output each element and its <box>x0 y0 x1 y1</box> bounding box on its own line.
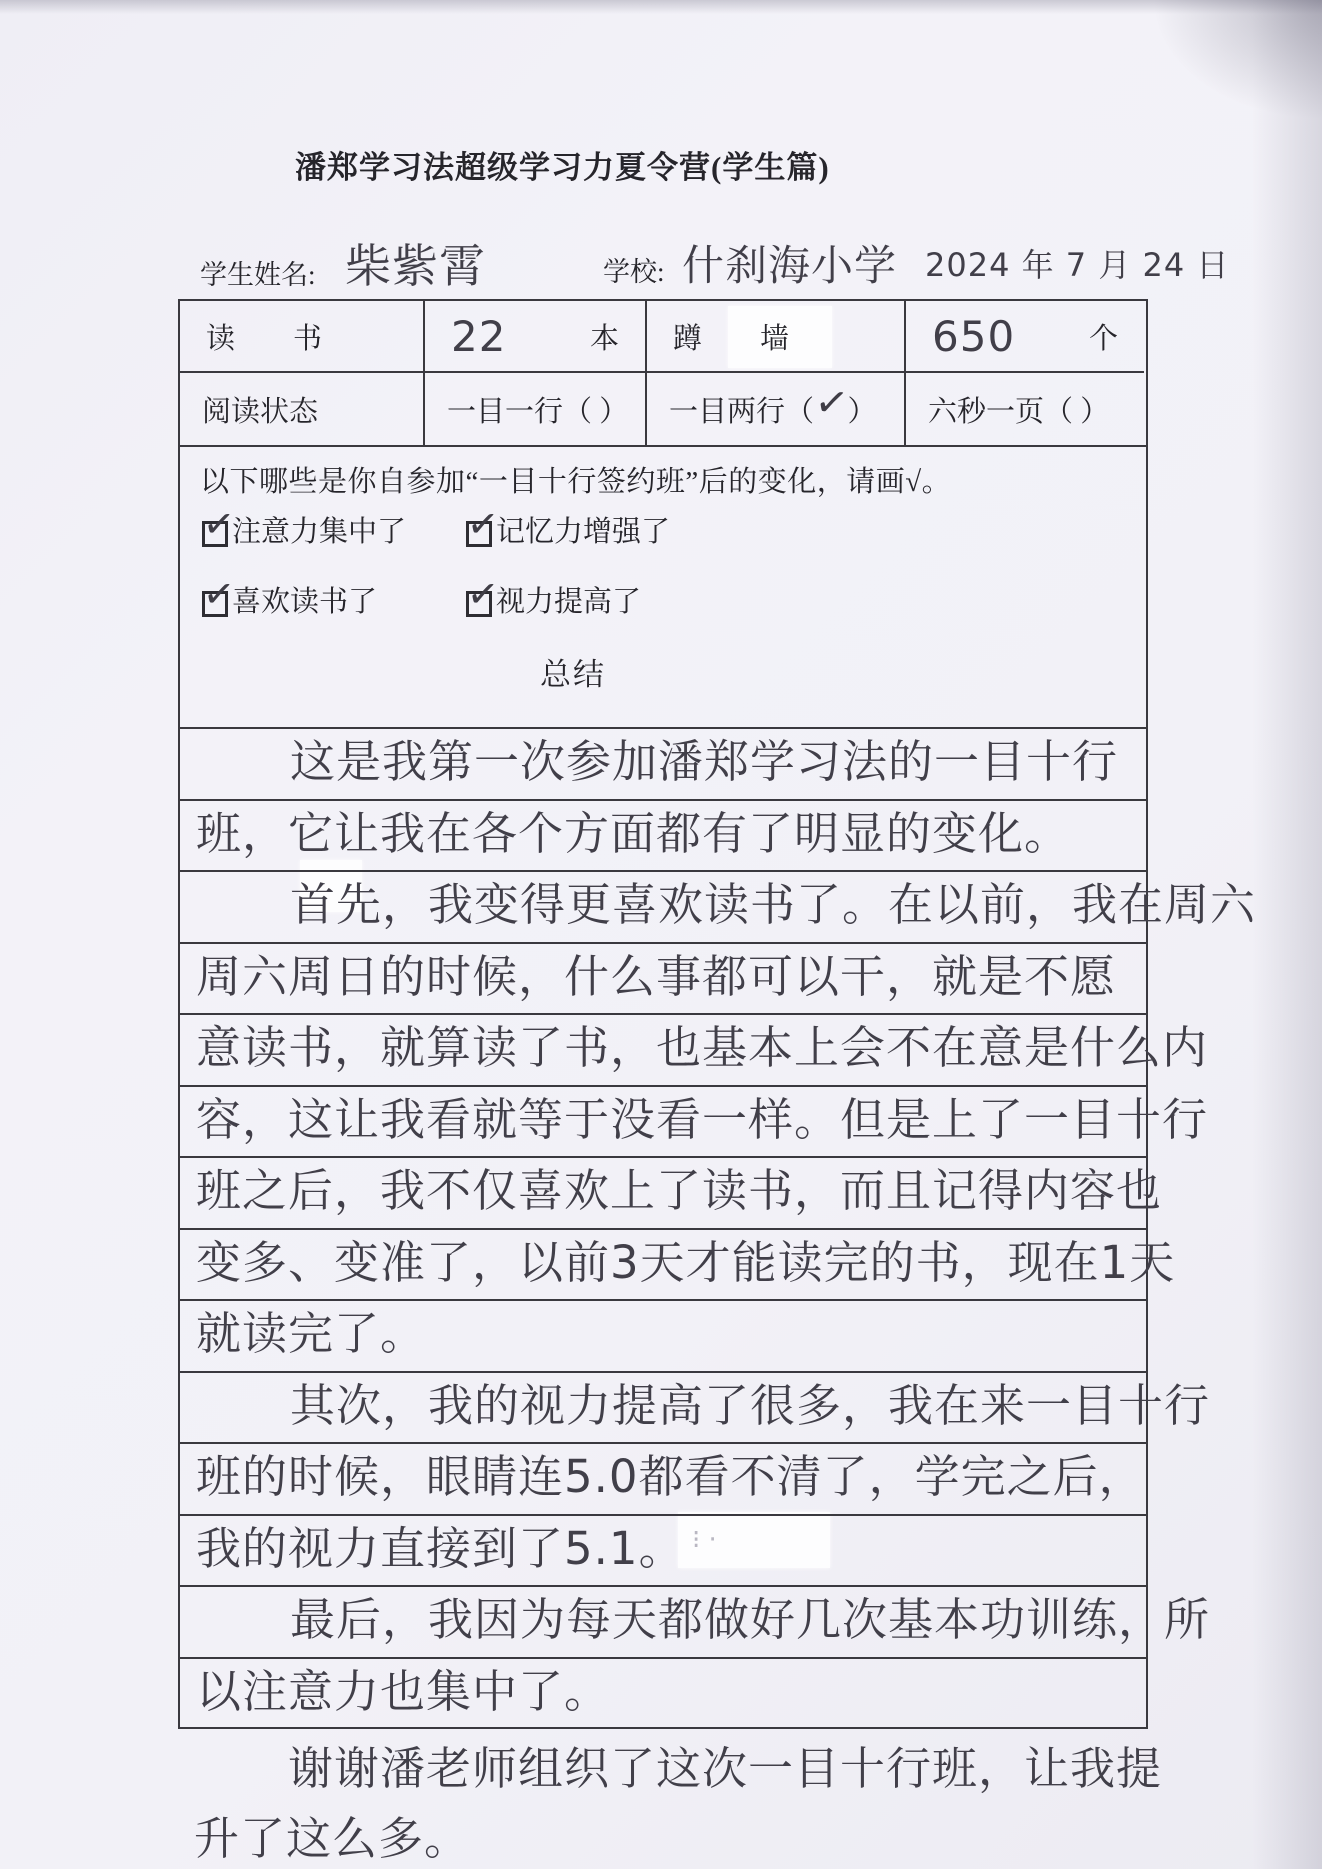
reading-state-opt2-close: ） <box>848 389 877 430</box>
essay-line: 周六周日的时候，什么事都可以干，就是不愿 <box>180 944 1146 1016</box>
wall-squat-unit: 个 <box>1089 316 1118 357</box>
closing-line: 升了这么多。 <box>178 1806 1238 1869</box>
checkbox-attention[interactable]: ✓ <box>202 521 228 547</box>
reading-count-label-cell: 读 书 <box>180 301 425 373</box>
reading-state-opt2: 一目两行（ <box>647 389 814 430</box>
essay-line: 首先，我变得更喜欢读书了。在以前，我在周六 <box>180 872 1146 944</box>
wall-squat-value-cell: 650 个 <box>906 301 1144 373</box>
reading-count-value-cell: 22 本 <box>425 301 647 373</box>
date-value: 2024 年 7 月 24 日 <box>925 240 1229 286</box>
essay-line: 以注意力也集中了。 <box>180 1659 1146 1731</box>
essay-line: 这是我第一次参加潘郑学习法的一目十行 <box>180 729 1146 801</box>
check-mark: ✓ <box>812 378 852 428</box>
checkbox-vision[interactable]: ✓ <box>466 591 492 617</box>
checkbox-item-love-reading: ✓ 喜欢读书了 <box>202 579 466 620</box>
checkbox-row: ✓ 注意力集中了 ✓ 记忆力增强了 <box>202 509 730 550</box>
essay-line: 班，它让我在各个方面都有了明显的变化。 <box>180 801 1146 873</box>
school-value: 什刹海小学 <box>682 233 897 293</box>
reading-count-unit: 本 <box>590 316 619 357</box>
checkbox-row: ✓ 喜欢读书了 ✓ 视力提高了 <box>202 579 730 620</box>
scan-shadow-corner <box>1152 0 1322 120</box>
school-label: 学校: <box>603 250 665 289</box>
reading-state-opt3: 六秒一页（ ） <box>906 389 1109 430</box>
checkbox-label: 注意力集中了 <box>232 509 406 550</box>
scan-shadow-top <box>0 0 1322 14</box>
student-name-value: 柴紫霄 <box>345 230 486 296</box>
reading-state-opt1-cell: 一目一行（ ） <box>425 373 647 445</box>
wall-squat-label-cell: 蹲 墙 <box>647 301 906 373</box>
scan-shadow-right <box>1252 0 1322 1869</box>
check-mark: ✓ <box>201 500 237 547</box>
essay-line: 容，这让我看就等于没看一样。但是上了一目十行 <box>180 1087 1146 1159</box>
checkbox-memory[interactable]: ✓ <box>466 521 492 547</box>
wall-squat-value: 650 <box>932 312 1015 361</box>
checkbox-item-attention: ✓ 注意力集中了 <box>202 509 466 550</box>
reading-state-label: 阅读状态 <box>180 389 318 430</box>
form-sheet: 读 书 22 本 蹲 墙 650 个 阅读状态 一目一 <box>178 299 1148 1729</box>
checkbox-item-memory: ✓ 记忆力增强了 <box>466 509 730 550</box>
checkbox-item-vision: ✓ 视力提高了 <box>466 579 730 620</box>
page-title: 潘郑学习法超级学习力夏令营(学生篇) <box>295 142 830 187</box>
check-mark: ✓ <box>465 570 501 617</box>
survey-section: 以下哪些是你自参加“一目十行签约班”后的变化，请画√。 ✓ 注意力集中了 ✓ 记… <box>180 447 1146 727</box>
essay-line: 班的时候，眼睛连5.0都看不清了，学完之后， <box>180 1444 1146 1516</box>
essay-line: 就读完了。 <box>180 1301 1146 1373</box>
essay-line: 班之后，我不仅喜欢上了读书，而且记得内容也 <box>180 1158 1146 1230</box>
reading-count-label: 读 书 <box>206 316 322 357</box>
essay-line: 其次，我的视力提高了很多，我在来一目十行 <box>180 1373 1146 1445</box>
scanned-paper: ⁝ · 潘郑学习法超级学习力夏令营(学生篇) 学生姓名: 柴紫霄 学校: 什刹海… <box>0 0 1322 1869</box>
score-table: 读 书 22 本 蹲 墙 650 个 阅读状态 一目一 <box>180 301 1146 447</box>
checkbox-label: 视力提高了 <box>496 579 641 620</box>
reading-state-opt1: 一目一行（ ） <box>425 389 628 430</box>
essay-section: 这是我第一次参加潘郑学习法的一目十行 班，它让我在各个方面都有了明显的变化。 首… <box>180 727 1146 1730</box>
check-mark: ✓ <box>465 500 501 547</box>
closing-line: 谢谢潘老师组织了这次一目十行班，让我提 <box>178 1736 1238 1806</box>
essay-line: 最后，我因为每天都做好几次基本功训练，所 <box>180 1587 1146 1659</box>
reading-count-value: 22 <box>451 312 506 361</box>
essay-line: 意读书，就算读了书，也基本上会不在意是什么内 <box>180 1015 1146 1087</box>
checkbox-love-reading[interactable]: ✓ <box>202 591 228 617</box>
checkbox-label: 记忆力增强了 <box>496 509 670 550</box>
closing-section: 谢谢潘老师组织了这次一目十行班，让我提 升了这么多。 <box>178 1736 1238 1869</box>
checkbox-label: 喜欢读书了 <box>232 579 377 620</box>
check-mark: ✓ <box>201 570 237 617</box>
reading-state-opt2-cell: 一目两行（✓） <box>647 373 906 445</box>
student-name-label: 学生姓名: <box>200 253 316 292</box>
essay-line: 变多、变准了，以前3天才能读完的书，现在1天 <box>180 1230 1146 1302</box>
wall-squat-label: 蹲 墙 <box>673 316 789 357</box>
reading-state-label-cell: 阅读状态 <box>180 373 425 445</box>
reading-state-opt3-cell: 六秒一页（ ） <box>906 373 1144 445</box>
summary-heading: 总结 <box>180 649 1146 694</box>
essay-line: 我的视力直接到了5.1。 <box>180 1516 1146 1588</box>
survey-instruction: 以下哪些是你自参加“一目十行签约班”后的变化，请画√。 <box>200 459 951 500</box>
